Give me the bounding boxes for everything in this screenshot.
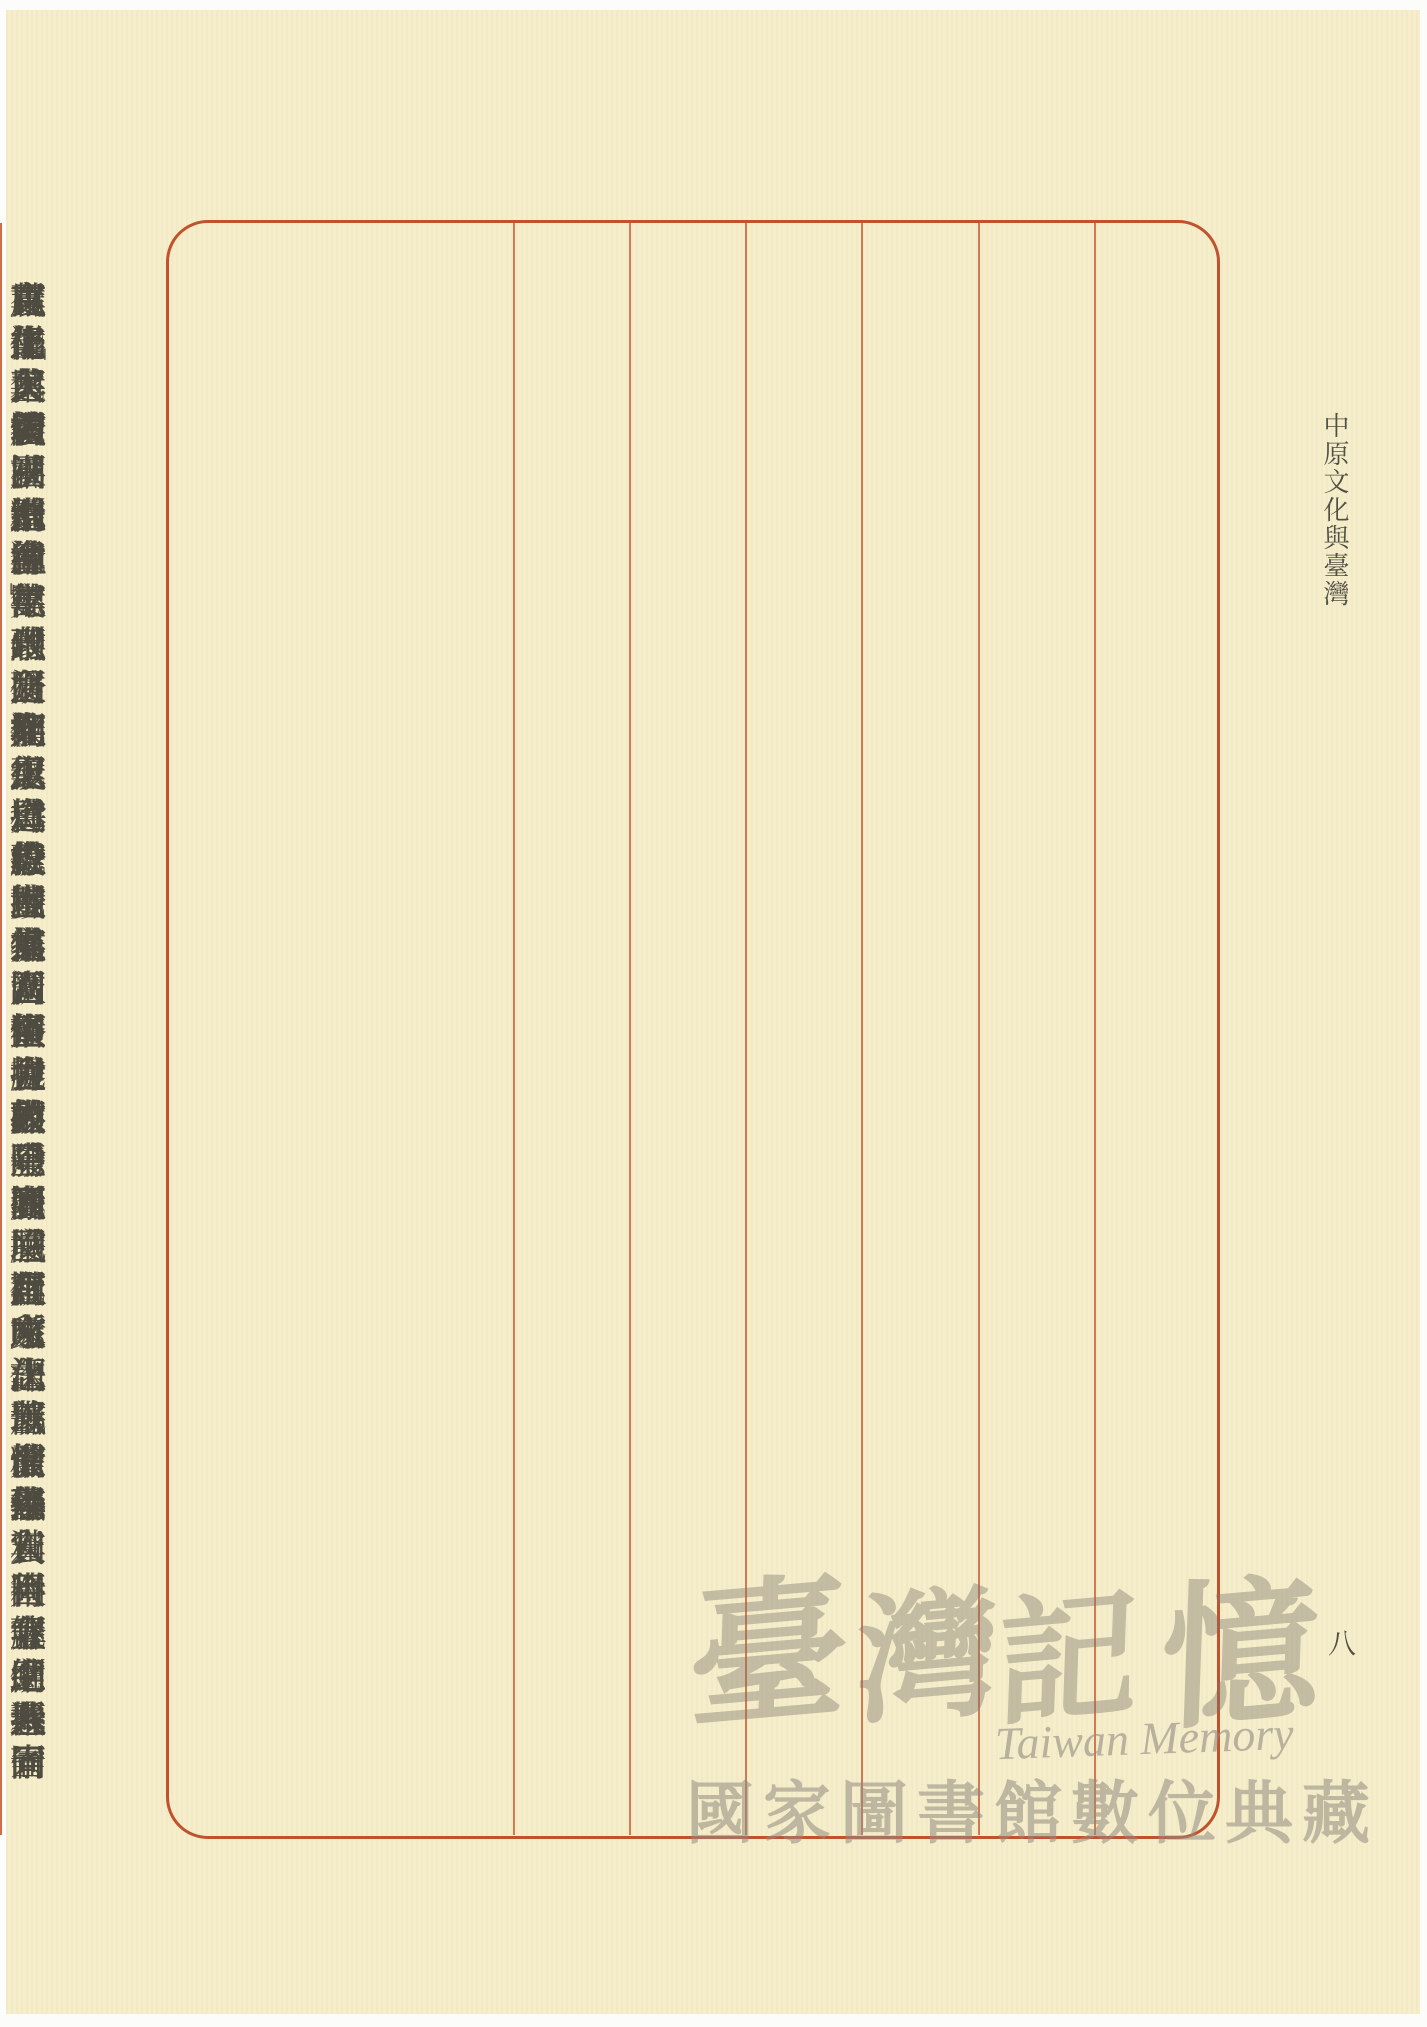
column-rule [513,223,515,1835]
column-rule [745,223,747,1835]
margin-book-title: 中原文化與臺灣 [1316,412,1352,608]
text-column-9-text: 更能本開國精神，致涓埃之貢獻國家乃至世界焉耳。謹序。 [0,281,46,1399]
page-number: 八 [1328,1622,1356,1662]
column-rule [1094,223,1096,1835]
manuscript-grid-box [166,220,1220,1839]
column-rule [629,223,631,1835]
column-rule [861,223,863,1835]
column-rule [978,223,980,1835]
scanned-page: { "document": { "margin_title": "中原文化與臺灣… [0,0,1427,2027]
text-column-9: 更能本開國精神，致涓埃之貢獻國家乃至世界焉耳。謹序。 [0,281,46,1399]
margin-book-title-text: 中原文化與臺灣 [1317,412,1351,608]
